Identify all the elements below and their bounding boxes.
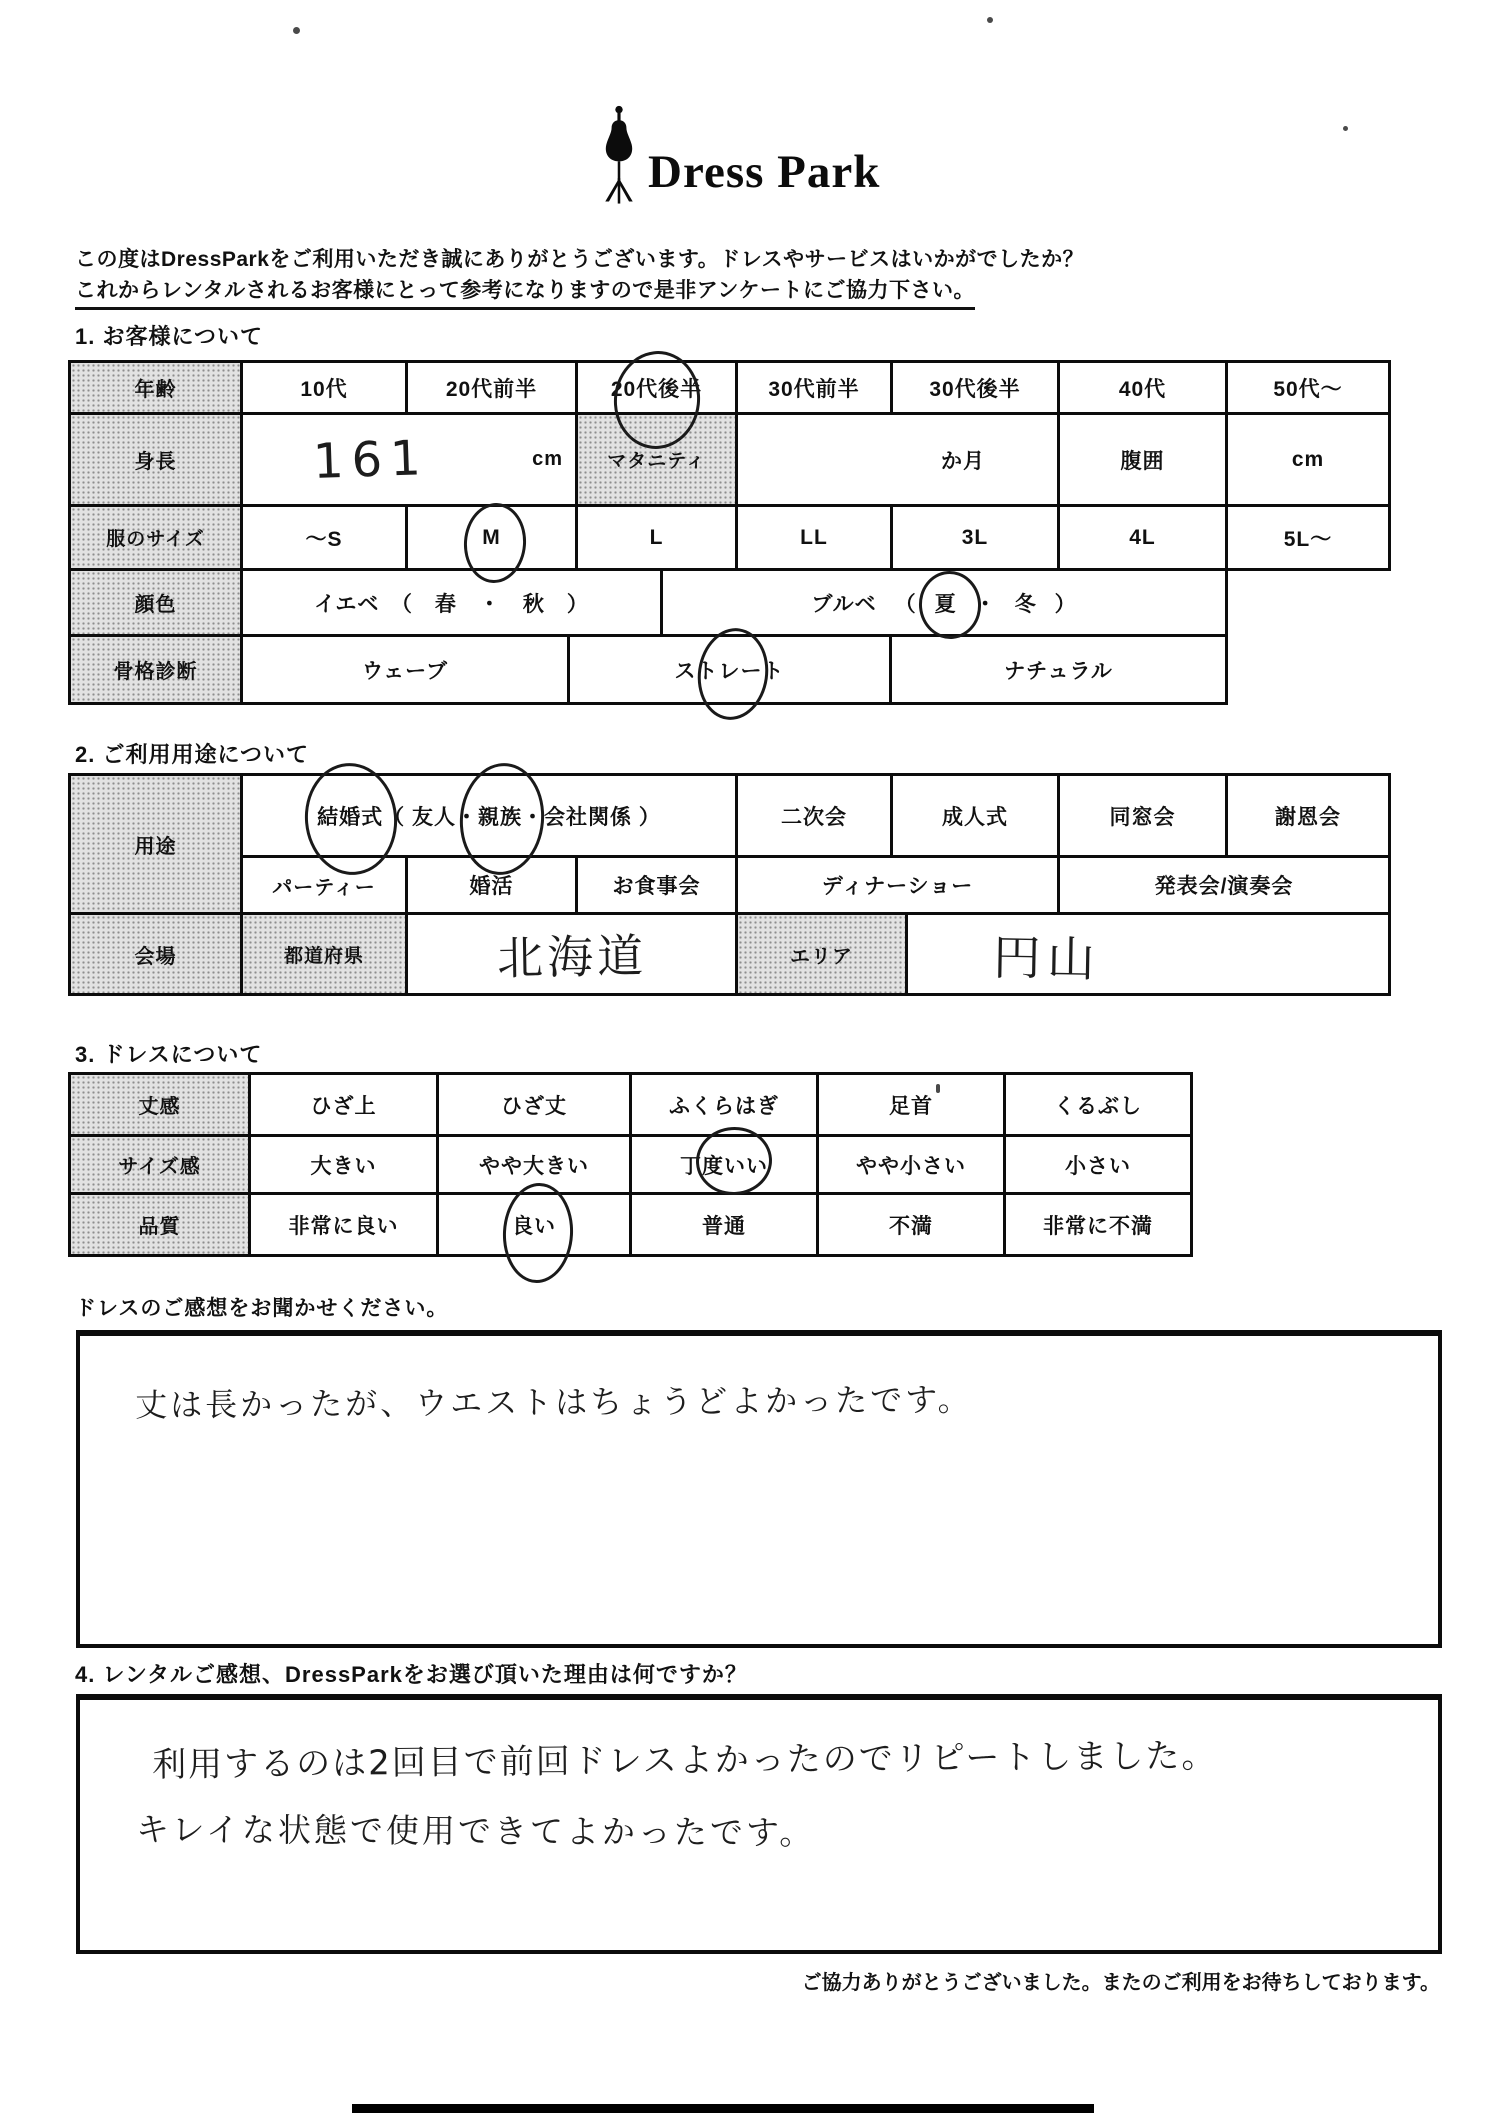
age-option-early20s: 20代前半 bbox=[408, 363, 578, 415]
length-row-header: 丈感 bbox=[71, 1075, 251, 1137]
age-option-late30s: 30代後半 bbox=[893, 363, 1060, 415]
purpose-block: 用途 結婚式 （ 友人・ 親族 ・会社関係 ） bbox=[71, 776, 1391, 915]
selection-circle-skeleton bbox=[692, 624, 774, 725]
purpose-row-1: 結婚式 （ 友人・ 親族 ・会社関係 ） 二次会 成人式 同窓会 謝恩会 bbox=[243, 776, 1391, 858]
size-option-5l: 5L～ bbox=[1228, 507, 1391, 571]
age-option-10s: 10代 bbox=[243, 363, 408, 415]
purpose-option-dinnershow: ディナーショー bbox=[738, 858, 1060, 915]
size-option-4l: 4L bbox=[1060, 507, 1228, 571]
fit-option-small: 小さい bbox=[1006, 1137, 1193, 1195]
height-unit-label: cm bbox=[532, 448, 563, 471]
blue-base-paren-close: ） bbox=[1055, 588, 1077, 618]
waist-unit-cell: cm bbox=[1228, 415, 1391, 507]
length-row: 丈感 ひざ上 ひざ丈 ふくらはぎ 足首 くるぶし bbox=[71, 1075, 1193, 1137]
age-option-40s: 40代 bbox=[1060, 363, 1228, 415]
prefecture-label-cell: 都道府県 bbox=[243, 915, 408, 996]
scan-bottom-bar bbox=[352, 2104, 1094, 2113]
fit-option-big: 大きい bbox=[251, 1137, 439, 1195]
prefecture-handwritten-value: 北海道 bbox=[496, 920, 647, 989]
dress-comment-label: ドレスのご感想をお聞かせください。 bbox=[75, 1292, 448, 1322]
size-option-m: M bbox=[408, 507, 578, 571]
age-row: 年齢 10代 20代前半 20代後半 30代前半 30代後半 40代 50代～ bbox=[71, 363, 1391, 415]
section2-title: 2. ご利用用途について bbox=[75, 738, 309, 769]
height-value-cell: 161 cm bbox=[243, 415, 578, 507]
selection-circle-quality bbox=[500, 1181, 575, 1285]
blue-base-winter: 冬 bbox=[1015, 588, 1037, 618]
size-option-ll: LL bbox=[738, 507, 893, 571]
height-row-header: 身長 bbox=[71, 415, 243, 507]
height-row: 身長 161 cm マタニティ か月 腹囲 cm bbox=[71, 415, 1391, 507]
skeleton-row-header: 骨格診断 bbox=[71, 637, 243, 705]
area-handwritten-value: 円山 bbox=[992, 919, 1101, 990]
logo-text: Dress Park bbox=[648, 149, 880, 214]
questionnaire-page: Dress Park この度はDressParkをご利用いただき誠にありがとうご… bbox=[0, 0, 1500, 2127]
quality-row: 品質 非常に良い 良い 普通 不満 非常に不満 bbox=[71, 1195, 1193, 1257]
length-option-ankle: 足首 bbox=[819, 1075, 1006, 1137]
quality-row-header: 品質 bbox=[71, 1195, 251, 1257]
purpose-option-party: パーティー bbox=[243, 858, 408, 915]
area-label-cell: エリア bbox=[738, 915, 908, 996]
purpose-option-thanksparty: 謝恩会 bbox=[1228, 776, 1391, 858]
waist-label-cell: 腹囲 bbox=[1060, 415, 1228, 507]
purpose-option-reunion: 同窓会 bbox=[1060, 776, 1228, 858]
area-value-cell: 円山 bbox=[908, 915, 1391, 996]
dress-form-icon bbox=[600, 96, 638, 214]
prefecture-value-cell: 北海道 bbox=[408, 915, 738, 996]
venue-row: 会場 都道府県 北海道 エリア 円山 bbox=[71, 915, 1391, 996]
wedding-main: 結婚式 bbox=[317, 801, 383, 831]
skeleton-option-wave: ウェーブ bbox=[243, 637, 570, 705]
length-option-knee: ひざ丈 bbox=[439, 1075, 632, 1137]
height-handwritten-value: 161 bbox=[312, 429, 430, 489]
blue-base-cell: ブルベ （ 夏 ・ 冬 ） bbox=[663, 571, 1228, 637]
footer-thanks: ご協力ありがとうございました。またのご利用をお待ちしております。 bbox=[0, 1966, 1440, 1995]
purpose-option-afterparty: 二次会 bbox=[738, 776, 893, 858]
section3-title: 3. ドレスについて bbox=[75, 1038, 262, 1069]
purpose-header: 用途 bbox=[71, 776, 243, 915]
size-row-header: 服のサイズ bbox=[71, 507, 243, 571]
age-row-header: 年齢 bbox=[71, 363, 243, 415]
dress-table: 丈感 ひざ上 ひざ丈 ふくらはぎ 足首 くるぶし サイズ感 大きい やや大きい … bbox=[68, 1072, 1193, 1257]
age-option-early30s: 30代前半 bbox=[738, 363, 893, 415]
quality-option-bad: 不満 bbox=[819, 1195, 1006, 1257]
quality-option-verygood: 非常に良い bbox=[251, 1195, 439, 1257]
size-option-l: L bbox=[578, 507, 738, 571]
skeleton-option-natural: ナチュラル bbox=[892, 637, 1228, 705]
intro-line2-wrap: これからレンタルされるお客様にとって参考になりますので是非アンケートにご協力下さ… bbox=[75, 274, 975, 310]
yellow-base-cell: イエベ （ 春 ・ 秋 ） bbox=[243, 571, 663, 637]
personal-color-header: 顔色 bbox=[71, 571, 243, 637]
fit-row: サイズ感 大きい やや大きい 丁度いい やや小さい 小さい bbox=[71, 1137, 1193, 1195]
section4-title: 4. レンタルご感想、DressParkをお選び頂いた理由は何ですか？ bbox=[75, 1658, 748, 1689]
purpose-option-recital: 発表会/演奏会 bbox=[1060, 858, 1391, 915]
customer-table: 年齢 10代 20代前半 20代後半 30代前半 30代後半 40代 50代～ … bbox=[68, 360, 1391, 705]
dress-comment-box: 丈は長かったが、ウエストはちょうどよかったです。 bbox=[76, 1330, 1442, 1648]
quality-option-good: 良い bbox=[439, 1195, 632, 1257]
quality-option-verybad: 非常に不満 bbox=[1006, 1195, 1193, 1257]
fit-option-slightlysmall: やや小さい bbox=[819, 1137, 1006, 1195]
scan-artifact-dot bbox=[987, 17, 993, 23]
scan-artifact-dot bbox=[1343, 126, 1348, 131]
rental-comment-line2: キレイな状態で使用できてよかったです。 bbox=[80, 1777, 1438, 1857]
wedding-relatives: 親族 bbox=[478, 801, 522, 831]
personal-color-row: 顔色 イエベ （ 春 ・ 秋 ） ブルベ （ 夏 ・ 冬 ） bbox=[71, 571, 1391, 637]
scan-artifact-dot bbox=[293, 27, 300, 34]
size-option-s: ～S bbox=[243, 507, 408, 571]
blue-base-paren-open: （ bbox=[895, 588, 917, 618]
wedding-cell: 結婚式 （ 友人・ 親族 ・会社関係 ） bbox=[243, 776, 738, 858]
age-option-late20s: 20代後半 bbox=[578, 363, 738, 415]
purpose-row-2: パーティー 婚活 お食事会 ディナーショー 発表会/演奏会 bbox=[243, 858, 1391, 915]
skeleton-row: 骨格診断 ウェーブ ストレート ナチュラル bbox=[71, 637, 1391, 705]
purpose-option-dinner: お食事会 bbox=[578, 858, 738, 915]
rental-comment-line1: 利用するのは2回目で前回ドレスよかったのでリピートしました。 bbox=[80, 1694, 1439, 1787]
size-row: 服のサイズ ～S M L LL 3L 4L 5L～ bbox=[71, 507, 1391, 571]
intro-line2: これからレンタルされるお客様にとって参考になりますので是非アンケートにご協力下さ… bbox=[75, 274, 975, 310]
size-option-3l: 3L bbox=[893, 507, 1060, 571]
selection-circle-summer bbox=[916, 568, 984, 641]
venue-header: 会場 bbox=[71, 915, 243, 996]
blue-base-label: ブルベ bbox=[811, 588, 876, 618]
dress-comment-handwritten: 丈は長かったが、ウエストはちょうどよかったです。 bbox=[80, 1331, 1439, 1426]
fit-row-header: サイズ感 bbox=[71, 1137, 251, 1195]
length-option-aboveknee: ひざ上 bbox=[251, 1075, 439, 1137]
quality-option-normal: 普通 bbox=[632, 1195, 819, 1257]
length-option-anklebone: くるぶし bbox=[1006, 1075, 1193, 1137]
usage-table: 用途 結婚式 （ 友人・ 親族 ・会社関係 ） bbox=[68, 773, 1391, 996]
fit-option-justright: 丁度いい bbox=[632, 1137, 819, 1195]
age-option-50s: 50代～ bbox=[1228, 363, 1391, 415]
skeleton-option-straight: ストレート bbox=[570, 637, 892, 705]
section1-title: 1. お客様について bbox=[75, 320, 263, 351]
purpose-option-comingofage: 成人式 bbox=[893, 776, 1060, 858]
intro-line1: この度はDressParkをご利用いただき誠にありがとうございます。ドレスやサー… bbox=[75, 243, 1475, 273]
maternity-months-cell: か月 bbox=[738, 415, 1060, 507]
rental-comment-box: 利用するのは2回目で前回ドレスよかったのでリピートしました。 キレイな状態で使用… bbox=[76, 1694, 1442, 1954]
logo: Dress Park bbox=[600, 96, 880, 214]
